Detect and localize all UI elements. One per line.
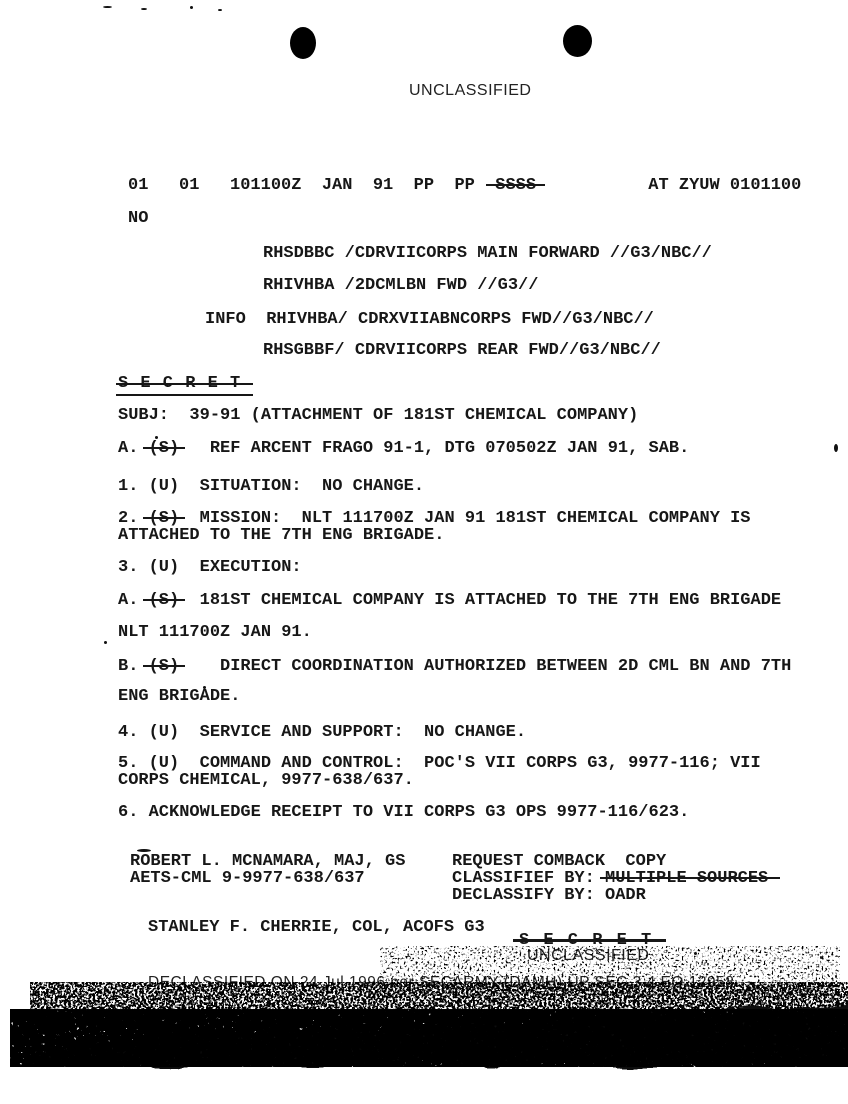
text-segment: ENG BRIGADE. <box>118 687 240 706</box>
scanned-document-page: UNCLASSIFIED01 01 101100Z JAN 91 PP PP S… <box>0 0 848 1104</box>
text-segment: RHIVHBA /2DCMLBN FWD //G3// <box>263 276 538 295</box>
classification-secret-struck: S E C R E T <box>118 375 241 392</box>
scan-speck <box>190 6 193 9</box>
scan-speck <box>141 8 147 10</box>
text-segment: INFO RHIVHBA/ CDRXVIIABNCORPS FWD//G3/NB… <box>205 310 654 329</box>
text-segment: 1. (U) SITUATION: NO CHANGE. <box>118 477 424 496</box>
text-segment: ATTACHED TO THE 7TH ENG BRIGADE. <box>118 526 444 545</box>
para-3a: A. (S) 181ST CHEMICAL COMPANY IS ATTACHE… <box>118 592 781 609</box>
declassify-by: DECLASSIFY BY: OADR <box>452 887 646 904</box>
text-segment: DIRECT COORDINATION AUTHORIZED BETWEEN 2… <box>179 657 791 676</box>
para-4-service-support: 4. (U) SERVICE AND SUPPORT: NO CHANGE. <box>118 724 526 741</box>
para-5-cont: CORPS CHEMICAL, 9977-638/637. <box>118 772 414 789</box>
scan-speck <box>203 686 206 689</box>
info-addressee-line-1: INFO RHIVHBA/ CDRXVIIABNCORPS FWD//G3/NB… <box>205 311 654 328</box>
header-line: 01 01 101100Z JAN 91 PP PP SSSS AT ZYUW … <box>128 177 801 194</box>
addressee-line-1: RHSDBBC /CDRVIICORPS MAIN FORWARD //G3/N… <box>263 245 712 262</box>
para-3b: B. (S) DIRECT COORDINATION AUTHORIZED BE… <box>118 658 791 675</box>
text-segment: RHSDBBC /CDRVIICORPS MAIN FORWARD //G3/N… <box>263 244 712 263</box>
text-segment: DECLASSIFY BY: OADR <box>452 886 646 905</box>
para-3b-cont: ENG BRIGADE. <box>118 688 240 705</box>
comeback-request: REQUEST COMBACK COPY <box>452 853 666 870</box>
text-segment: 3. (U) EXECUTION: <box>118 558 302 577</box>
subject-line: SUBJ: 39-91 (ATTACHMENT OF 181ST CHEMICA… <box>118 407 638 424</box>
para-5-command-control: 5. (U) COMMAND AND CONTROL: POC'S VII CO… <box>118 755 761 772</box>
text-segment: NO <box>128 209 148 228</box>
text-segment: SUBJ: 39-91 (ATTACHMENT OF 181ST CHEMICA… <box>118 406 638 425</box>
text-segment: UNCLASSIFIED <box>409 82 531 99</box>
scan-speck <box>218 9 222 11</box>
classification-unclassified-top: UNCLASSIFIED <box>409 83 531 99</box>
scan-speck <box>137 849 151 852</box>
punch-hole-dot-left <box>290 27 316 59</box>
text-segment: 181ST CHEMICAL COMPANY IS ATTACHED TO TH… <box>179 591 781 610</box>
text-segment: RHSGBBF/ CDRVIICORPS REAR FWD//G3/NBC// <box>263 341 661 360</box>
text-segment: 01 01 101100Z JAN 91 PP PP <box>128 176 495 195</box>
para-2-mission: 2. (S) MISSION: NLT 111700Z JAN 91 181ST… <box>118 510 751 527</box>
para-6-acknowledge: 6. ACKNOWLEDGE RECEIPT TO VII CORPS G3 O… <box>118 804 689 821</box>
text-segment: 6. ACKNOWLEDGE RECEIPT TO VII CORPS G3 O… <box>118 803 689 822</box>
addressee-line-2: RHIVHBA /2DCMLBN FWD //G3// <box>263 277 538 294</box>
scan-speck <box>155 436 158 439</box>
struck-text: S E C R E T <box>116 374 253 396</box>
para-3a-cont: NLT 111700Z JAN 91. <box>118 624 312 641</box>
scan-speck <box>834 444 838 452</box>
drafter-office: AETS-CML 9-9977-638/637 <box>130 870 365 887</box>
scan-noise-band <box>0 934 848 1084</box>
text-segment: NLT 111700Z JAN 91. <box>118 623 312 642</box>
scan-speck <box>104 641 107 644</box>
text-segment: AETS-CML 9-9977-638/637 <box>130 869 365 888</box>
para-2-mission-cont: ATTACHED TO THE 7TH ENG BRIGADE. <box>118 527 444 544</box>
info-addressee-line-2: RHSGBBF/ CDRVIICORPS REAR FWD//G3/NBC// <box>263 342 661 359</box>
reference-line: A. (S) REF ARCENT FRAGO 91-1, DTG 070502… <box>118 440 689 457</box>
text-segment: AT ZYUW 0101100 <box>536 176 801 195</box>
header-line-2: NO <box>128 210 148 227</box>
classified-by: CLASSIFIEF BY: MULTIPLE SOURCES <box>452 870 768 887</box>
drafter-name: ROBERT L. MCNAMARA, MAJ, GS <box>130 853 405 870</box>
text-segment: CORPS CHEMICAL, 9977-638/637. <box>118 771 414 790</box>
para-3-execution: 3. (U) EXECUTION: <box>118 559 302 576</box>
punch-hole-dot-right <box>563 25 592 57</box>
para-1-situation: 1. (U) SITUATION: NO CHANGE. <box>118 478 424 495</box>
text-segment: 4. (U) SERVICE AND SUPPORT: NO CHANGE. <box>118 723 526 742</box>
scan-speck <box>103 6 112 8</box>
text-segment: REF ARCENT FRAGO 91-1, DTG 070502Z JAN 9… <box>179 439 689 458</box>
